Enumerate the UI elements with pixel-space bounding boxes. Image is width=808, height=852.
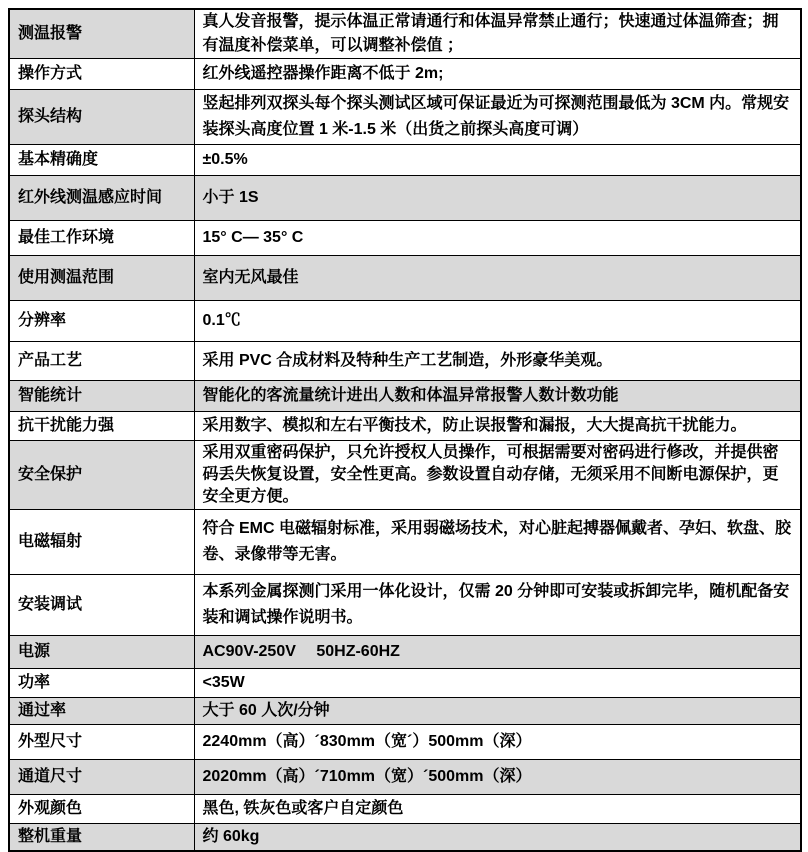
spec-value-cell: 15° C— 35° C <box>194 221 801 256</box>
spec-row: 通过率 大于 60 人次/分钟 <box>9 698 801 725</box>
spec-value-cell: <35W <box>194 669 801 698</box>
spec-table-body: 测温报警 真人发音报警，提示体温正常请通行和体温异常禁止通行；快速通过体温筛查；… <box>9 9 801 827</box>
spec-value-cell: 真人发音报警，提示体温正常请通行和体温异常禁止通行；快速通过体温筛查；拥有温度补… <box>194 9 801 59</box>
spec-row: 通道尺寸 2020mm（高）´710mm（宽）´500mm（深） <box>9 760 801 795</box>
spec-row: 探头结构 竖起排列双探头每个探头测试区域可保证最近为可探测范围最低为 3CM 内… <box>9 90 801 145</box>
spec-row: 抗干扰能力强 采用数字、模拟和左右平衡技术，防止误报警和漏报，大大提高抗干扰能力… <box>9 412 801 441</box>
spec-value-cell: 约 60kg <box>194 824 801 828</box>
spec-label-cell: 探头结构 <box>9 90 194 145</box>
spec-label-cell: 通过率 <box>9 698 194 725</box>
spec-value-cell: 2240mm（高）´830mm（宽´）500mm（深） <box>194 725 801 760</box>
spec-row: 测温报警 真人发音报警，提示体温正常请通行和体温异常禁止通行；快速通过体温筛查；… <box>9 9 801 59</box>
spec-row: 外观颜色 黑色, 铁灰色或客户自定颜色 <box>9 795 801 824</box>
spec-row: 电源 AC90V-250V 50HZ-60HZ <box>9 636 801 669</box>
spec-value-cell: 小于 1S <box>194 176 801 221</box>
spec-label-cell: 操作方式 <box>9 59 194 90</box>
spec-row: 电磁辐射 符合 EMC 电磁辐射标准，采用弱磁场技术，对心脏起搏器佩戴者、孕妇、… <box>9 510 801 575</box>
spec-row: 安装调试 本系列金属探测门采用一体化设计，仅需 20 分钟即可安装或拆卸完毕，随… <box>9 575 801 636</box>
spec-row: 使用测温范围 室内无风最佳 <box>9 256 801 301</box>
spec-value-cell: 红外线遥控器操作距离不低于 2m; <box>194 59 801 90</box>
spec-value-cell: 0.1℃ <box>194 301 801 342</box>
spec-label-cell: 安装调试 <box>9 575 194 636</box>
spec-label-cell: 整机重量 <box>9 824 194 828</box>
spec-label-cell: 电源 <box>9 636 194 669</box>
spec-row: 功率 <35W <box>9 669 801 698</box>
spec-label-cell: 红外线测温感应时间 <box>9 176 194 221</box>
spec-label-cell: 测温报警 <box>9 9 194 59</box>
spec-label-cell: 外型尺寸 <box>9 725 194 760</box>
spec-value-cell: 符合 EMC 电磁辐射标准，采用弱磁场技术，对心脏起搏器佩戴者、孕妇、软盘、胶卷… <box>194 510 801 575</box>
spec-label-cell: 外观颜色 <box>9 795 194 824</box>
spec-row: 安全保护 采用双重密码保护，只允许授权人员操作，可根据需要对密码进行修改，并提供… <box>9 441 801 510</box>
spec-row: 红外线测温感应时间 小于 1S <box>9 176 801 221</box>
spec-label-cell: 基本精确度 <box>9 145 194 176</box>
spec-label-cell: 抗干扰能力强 <box>9 412 194 441</box>
spec-row: 外型尺寸 2240mm（高）´830mm（宽´）500mm（深） <box>9 725 801 760</box>
spec-label-cell: 功率 <box>9 669 194 698</box>
spec-row: 智能统计 智能化的客流量统计进出人数和体温异常报警人数计数功能 <box>9 381 801 412</box>
spec-label-cell: 通道尺寸 <box>9 760 194 795</box>
spec-value-cell: 室内无风最佳 <box>194 256 801 301</box>
spec-row: 分辨率 0.1℃ <box>9 301 801 342</box>
spec-value-cell: 智能化的客流量统计进出人数和体温异常报警人数计数功能 <box>194 381 801 412</box>
spec-value-cell: 采用双重密码保护，只允许授权人员操作，可根据需要对密码进行修改，并提供密码丢失恢… <box>194 441 801 510</box>
spec-row: 产品工艺 采用 PVC 合成材料及特种生产工艺制造，外形豪华美观。 <box>9 342 801 381</box>
spec-label-cell: 安全保护 <box>9 441 194 510</box>
spec-row: 最佳工作环境 15° C— 35° C <box>9 221 801 256</box>
spec-value-cell: 2020mm（高）´710mm（宽）´500mm（深） <box>194 760 801 795</box>
spec-label-cell: 分辨率 <box>9 301 194 342</box>
spec-value-cell: 采用 PVC 合成材料及特种生产工艺制造，外形豪华美观。 <box>194 342 801 381</box>
spec-value-cell: ±0.5% <box>194 145 801 176</box>
spec-value-cell: 竖起排列双探头每个探头测试区域可保证最近为可探测范围最低为 3CM 内。常规安装… <box>194 90 801 145</box>
spec-label-cell: 使用测温范围 <box>9 256 194 301</box>
spec-value-cell: AC90V-250V 50HZ-60HZ <box>194 636 801 669</box>
spec-value-cell: 本系列金属探测门采用一体化设计，仅需 20 分钟即可安装或拆卸完毕，随机配备安装… <box>194 575 801 636</box>
spec-label-cell: 电磁辐射 <box>9 510 194 575</box>
spec-label-cell: 智能统计 <box>9 381 194 412</box>
spec-label-cell: 产品工艺 <box>9 342 194 381</box>
spec-row: 操作方式 红外线遥控器操作距离不低于 2m; <box>9 59 801 90</box>
spec-label-cell: 最佳工作环境 <box>9 221 194 256</box>
spec-value-cell: 大于 60 人次/分钟 <box>194 698 801 725</box>
spec-row: 整机重量 约 60kg <box>9 824 801 828</box>
spec-table: 测温报警 真人发音报警，提示体温正常请通行和体温异常禁止通行；快速通过体温筛查；… <box>8 8 802 827</box>
spec-value-cell: 黑色, 铁灰色或客户自定颜色 <box>194 795 801 824</box>
spec-row: 基本精确度 ±0.5% <box>9 145 801 176</box>
spec-value-cell: 采用数字、模拟和左右平衡技术，防止误报警和漏报，大大提高抗干扰能力。 <box>194 412 801 441</box>
